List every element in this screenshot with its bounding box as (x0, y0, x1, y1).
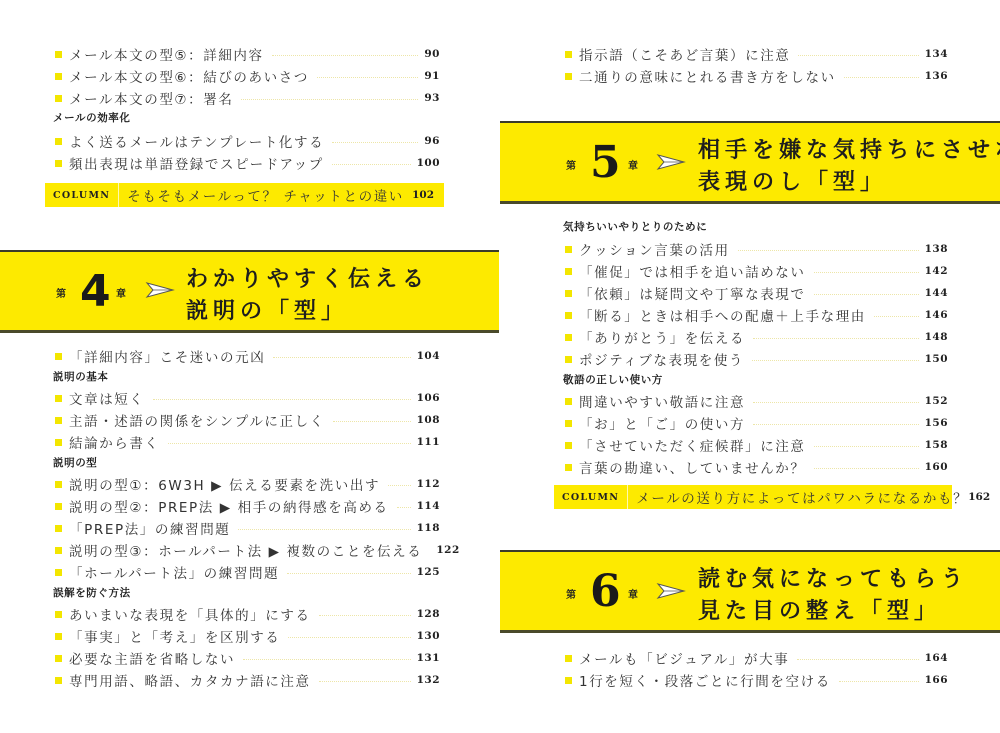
column-box[interactable]: COLUMN そもそもメールって？ チャットとの違い 102 (45, 183, 444, 207)
entry-title: あいまいな表現を「具体的」にする (69, 604, 311, 624)
entry-title: メール本文の型⑤：詳細内容 (69, 44, 264, 64)
dot-leader (168, 443, 411, 444)
page-number: 158 (925, 439, 948, 451)
section-label: 説明の型 (53, 455, 97, 471)
chapter-title-line2: 見た目の整え「型」 (698, 601, 941, 623)
page-number: 111 (417, 436, 440, 448)
dot-leader (238, 529, 410, 530)
entry-title: 専門用語、略語、カタカナ語に注意 (69, 670, 311, 690)
entry-title: 説明の型①：6W3H ▶ 伝える要素を洗い出す (69, 474, 380, 494)
dot-leader (844, 77, 919, 78)
square-bullet-icon (565, 655, 572, 662)
entry-title: 説明の型③：ホールパート法 ▶ 複数のことを伝える (69, 540, 422, 560)
square-bullet-icon (565, 268, 572, 275)
entry-title: メール本文の型⑦：署名 (69, 88, 233, 108)
dot-leader (797, 659, 918, 660)
page-number: 102 (412, 189, 444, 201)
toc-entry[interactable]: 必要な主語を省略しない 131 (55, 647, 440, 669)
dot-leader (388, 485, 411, 486)
dot-leader (273, 357, 410, 358)
toc-entry[interactable]: 「催促」では相手を追い詰めない 142 (565, 260, 948, 282)
square-bullet-icon (565, 73, 572, 80)
dot-leader (332, 142, 418, 143)
square-bullet-icon (565, 442, 572, 449)
chapter-suffix: 章 (628, 586, 638, 601)
chapter-title-line1: 読む気になってもらう (698, 569, 968, 591)
entry-title: 「させていただく症候群」に注意 (579, 435, 806, 455)
chapter-banner-6[interactable]: 第 6 章 読む気になってもらう 見た目の整え「型」 (500, 550, 1000, 633)
dot-leader (243, 659, 410, 660)
page-number: 166 (925, 674, 948, 686)
page-number: 152 (925, 395, 948, 407)
toc-entry[interactable]: あいまいな表現を「具体的」にする 128 (55, 603, 440, 625)
square-bullet-icon (55, 481, 62, 488)
square-bullet-icon (55, 160, 62, 167)
dot-leader (288, 637, 410, 638)
toc-entry[interactable]: クッション言葉の活用 138 (565, 238, 948, 260)
page-number: 104 (417, 350, 440, 362)
square-bullet-icon (55, 525, 62, 532)
page-number: 142 (925, 265, 948, 277)
dot-leader (814, 294, 919, 295)
entry-title: 「詳細内容」こそ迷いの元凶 (69, 346, 265, 366)
entry-title: 主語・述語の関係をシンプルに正しく (69, 410, 325, 430)
dot-leader (333, 421, 411, 422)
column-box[interactable]: COLUMN メールの送り方によってはパワハラになるかも？ 162 (554, 485, 952, 509)
left-page: メール本文の型⑤：詳細内容 90 メール本文の型⑥：結びのあいさつ 91 メール… (0, 0, 500, 733)
right-page: 指示語（こそあど言葉）に注意 134 二通りの意味にとれる書き方をしない 136… (500, 0, 1000, 733)
page-number: 106 (417, 392, 440, 404)
column-title: メールの送り方によってはパワハラになるかも？ (628, 487, 968, 507)
toc-entry[interactable]: 二通りの意味にとれる書き方をしない 136 (565, 65, 948, 87)
chapter-banner-4[interactable]: 第 4 章 わかりやすく伝える 説明の「型」 (0, 250, 499, 333)
page-number: 122 (436, 544, 459, 556)
toc-entry[interactable]: よく送るメールはテンプレート化する 96 (55, 130, 440, 152)
entry-title: 指示語（こそあど言葉）に注意 (579, 44, 790, 64)
page-number: 93 (424, 92, 440, 104)
entry-title: 1行を短く・段落ごとに行間を空ける (579, 670, 831, 690)
dot-leader (814, 272, 919, 273)
square-bullet-icon (565, 464, 572, 471)
entry-title: 「断る」ときは相手への配慮＋上手な理由 (579, 305, 866, 325)
square-bullet-icon (565, 356, 572, 363)
chapter-number: 4 (80, 270, 111, 314)
toc-entry[interactable]: 説明の型②：PREP法 ▶ 相手の納得感を高める 114 (55, 495, 440, 517)
chapter-prefix: 第 (566, 586, 576, 601)
toc-entry[interactable]: メール本文の型⑤：詳細内容 90 (55, 43, 440, 65)
dot-leader (814, 446, 919, 447)
toc-entry[interactable]: 間違いやすい敬語に注意 152 (565, 390, 948, 412)
chapter-title-line1: わかりやすく伝える (186, 269, 429, 291)
dot-leader (753, 424, 918, 425)
entry-title: 「催促」では相手を追い詰めない (579, 261, 806, 281)
square-bullet-icon (55, 95, 62, 102)
page-number: 118 (417, 522, 440, 534)
dot-leader (738, 250, 919, 251)
toc-entry[interactable]: メールも「ビジュアル」が大事 164 (565, 647, 948, 669)
entry-title: 結論から書く (69, 432, 160, 452)
entry-title: 「ありがとう」を伝える (579, 327, 745, 347)
toc-entry[interactable]: 言葉の勘違い、していませんか？ 160 (565, 456, 948, 478)
dot-leader (752, 360, 919, 361)
page-number: 136 (925, 70, 948, 82)
page-number: 148 (925, 331, 948, 343)
square-bullet-icon (565, 290, 572, 297)
section-label: メールの効率化 (53, 110, 131, 126)
page-number: 114 (417, 500, 440, 512)
chapter-prefix: 第 (56, 285, 66, 300)
page-number: 156 (925, 417, 948, 429)
toc-entry[interactable]: 結論から書く 111 (55, 431, 440, 453)
column-title: そもそもメールって？ チャットとの違い (119, 185, 412, 205)
square-bullet-icon (55, 547, 62, 554)
toc-entry[interactable]: 専門用語、略語、カタカナ語に注意 132 (55, 669, 440, 691)
dot-leader (753, 338, 918, 339)
toc-entry[interactable]: 「ありがとう」を伝える 148 (565, 326, 948, 348)
toc-entry[interactable]: メール本文の型⑥：結びのあいさつ 91 (55, 65, 440, 87)
square-bullet-icon (55, 677, 62, 684)
entry-title: 言葉の勘違い、していませんか？ (579, 457, 806, 477)
page-number: 112 (417, 478, 440, 490)
page-number: 160 (925, 461, 948, 473)
square-bullet-icon (55, 633, 62, 640)
toc-entry[interactable]: 「お」と「ご」の使い方 156 (565, 412, 948, 434)
toc-entry[interactable]: 文章は短く 106 (55, 387, 440, 409)
paper-plane-icon (656, 581, 686, 601)
square-bullet-icon (565, 334, 572, 341)
page-number: 90 (424, 48, 440, 60)
toc-entry[interactable]: 頻出表現は単語登録でスピードアップ 100 (55, 152, 440, 174)
entry-title: 二通りの意味にとれる書き方をしない (579, 66, 836, 86)
dot-leader (272, 55, 419, 56)
dot-leader (153, 399, 411, 400)
square-bullet-icon (55, 611, 62, 618)
section-label: 敬語の正しい使い方 (563, 372, 663, 388)
section-label: 誤解を防ぐ方法 (53, 585, 131, 601)
square-bullet-icon (565, 677, 572, 684)
toc-entry[interactable]: 「依頼」は疑問文や丁寧な表現で 144 (565, 282, 948, 304)
dot-leader (287, 573, 410, 574)
toc-entry[interactable]: ポジティブな表現を使う 150 (565, 348, 948, 370)
chapter-prefix: 第 (566, 157, 576, 172)
entry-title: よく送るメールはテンプレート化する (69, 131, 324, 151)
page-number: 125 (417, 566, 440, 578)
page-number: 128 (417, 608, 440, 620)
page-number: 132 (417, 674, 440, 686)
entry-title: クッション言葉の活用 (579, 239, 730, 259)
chapter-suffix: 章 (628, 157, 638, 172)
entry-title: 「依頼」は疑問文や丁寧な表現で (579, 283, 806, 303)
toc-entry[interactable]: 「断る」ときは相手への配慮＋上手な理由 146 (565, 304, 948, 326)
section-label: 気持ちいいやりとりのために (563, 219, 707, 235)
entry-title: 「事実」と「考え」を区別する (69, 626, 280, 646)
toc-entry[interactable]: 「事実」と「考え」を区別する 130 (55, 625, 440, 647)
page-number: 131 (417, 652, 440, 664)
square-bullet-icon (55, 417, 62, 424)
dot-leader (874, 316, 919, 317)
toc-entry[interactable]: 「させていただく症候群」に注意 158 (565, 434, 948, 456)
page-number: 134 (925, 48, 948, 60)
dot-leader (317, 77, 418, 78)
square-bullet-icon (55, 439, 62, 446)
column-tag: COLUMN (45, 183, 119, 207)
entry-title: 説明の型②：PREP法 ▶ 相手の納得感を高める (69, 496, 389, 516)
page-number: 164 (925, 652, 948, 664)
dot-leader (397, 507, 411, 508)
square-bullet-icon (565, 420, 572, 427)
entry-title: メール本文の型⑥：結びのあいさつ (69, 66, 309, 86)
page-number: 130 (417, 630, 440, 642)
toc-entry[interactable]: 「PREP法」の練習問題 118 (55, 517, 440, 539)
chapter-title-line2: 表現のし「型」 (698, 172, 887, 194)
entry-title: 「PREP法」の練習問題 (69, 518, 230, 538)
page-number: 100 (417, 157, 440, 169)
square-bullet-icon (565, 398, 572, 405)
page-number: 150 (925, 353, 948, 365)
dot-leader (332, 164, 411, 165)
square-bullet-icon (55, 569, 62, 576)
toc-entry[interactable]: 説明の型①：6W3H ▶ 伝える要素を洗い出す 112 (55, 473, 440, 495)
square-bullet-icon (565, 246, 572, 253)
toc-entry[interactable]: 指示語（こそあど言葉）に注意 134 (565, 43, 948, 65)
column-tag: COLUMN (554, 485, 628, 509)
toc-entry[interactable]: 主語・述語の関係をシンプルに正しく 108 (55, 409, 440, 431)
chapter-number: 6 (590, 570, 621, 614)
page-number: 162 (968, 491, 1000, 503)
toc-entry[interactable]: メール本文の型⑦：署名 93 (55, 87, 440, 109)
chapter-banner-5[interactable]: 第 5 章 相手を嫌な気持ちにさせない 表現のし「型」 (500, 121, 1000, 204)
dot-leader (814, 468, 919, 469)
chapter-title-line1: 相手を嫌な気持ちにさせない (698, 140, 1000, 162)
paper-plane-icon (656, 152, 686, 172)
square-bullet-icon (55, 51, 62, 58)
page-number: 144 (925, 287, 948, 299)
dot-leader (839, 681, 919, 682)
square-bullet-icon (55, 138, 62, 145)
page-number: 91 (424, 70, 440, 82)
dot-leader (753, 402, 918, 403)
dot-leader (241, 99, 418, 100)
page-number: 96 (424, 135, 440, 147)
dot-leader (319, 615, 411, 616)
entry-title: メールも「ビジュアル」が大事 (579, 648, 789, 668)
entry-title: 必要な主語を省略しない (69, 648, 235, 668)
chapter-title-line2: 説明の「型」 (186, 301, 348, 323)
toc-entry[interactable]: 1行を短く・段落ごとに行間を空ける 166 (565, 669, 948, 691)
entry-title: 「お」と「ご」の使い方 (579, 413, 745, 433)
entry-title: ポジティブな表現を使う (579, 349, 744, 369)
section-label: 説明の基本 (53, 369, 109, 385)
square-bullet-icon (55, 73, 62, 80)
entry-title: 「ホールパート法」の練習問題 (69, 562, 279, 582)
square-bullet-icon (55, 353, 62, 360)
paper-plane-icon (145, 280, 175, 300)
toc-entry[interactable]: 説明の型③：ホールパート法 ▶ 複数のことを伝える 122 (55, 539, 440, 561)
page-number: 108 (417, 414, 440, 426)
dot-leader (798, 55, 918, 56)
square-bullet-icon (55, 655, 62, 662)
chapter-number: 5 (590, 141, 621, 185)
square-bullet-icon (55, 503, 62, 510)
square-bullet-icon (565, 51, 572, 58)
entry-title: 文章は短く (69, 388, 145, 408)
chapter-suffix: 章 (116, 285, 126, 300)
square-bullet-icon (565, 312, 572, 319)
entry-title: 頻出表現は単語登録でスピードアップ (69, 153, 324, 173)
toc-entry[interactable]: 「詳細内容」こそ迷いの元凶 104 (55, 345, 440, 367)
page-number: 146 (925, 309, 948, 321)
dot-leader (319, 681, 411, 682)
entry-title: 間違いやすい敬語に注意 (579, 391, 745, 411)
toc-entry[interactable]: 「ホールパート法」の練習問題 125 (55, 561, 440, 583)
square-bullet-icon (55, 395, 62, 402)
page-number: 138 (925, 243, 948, 255)
